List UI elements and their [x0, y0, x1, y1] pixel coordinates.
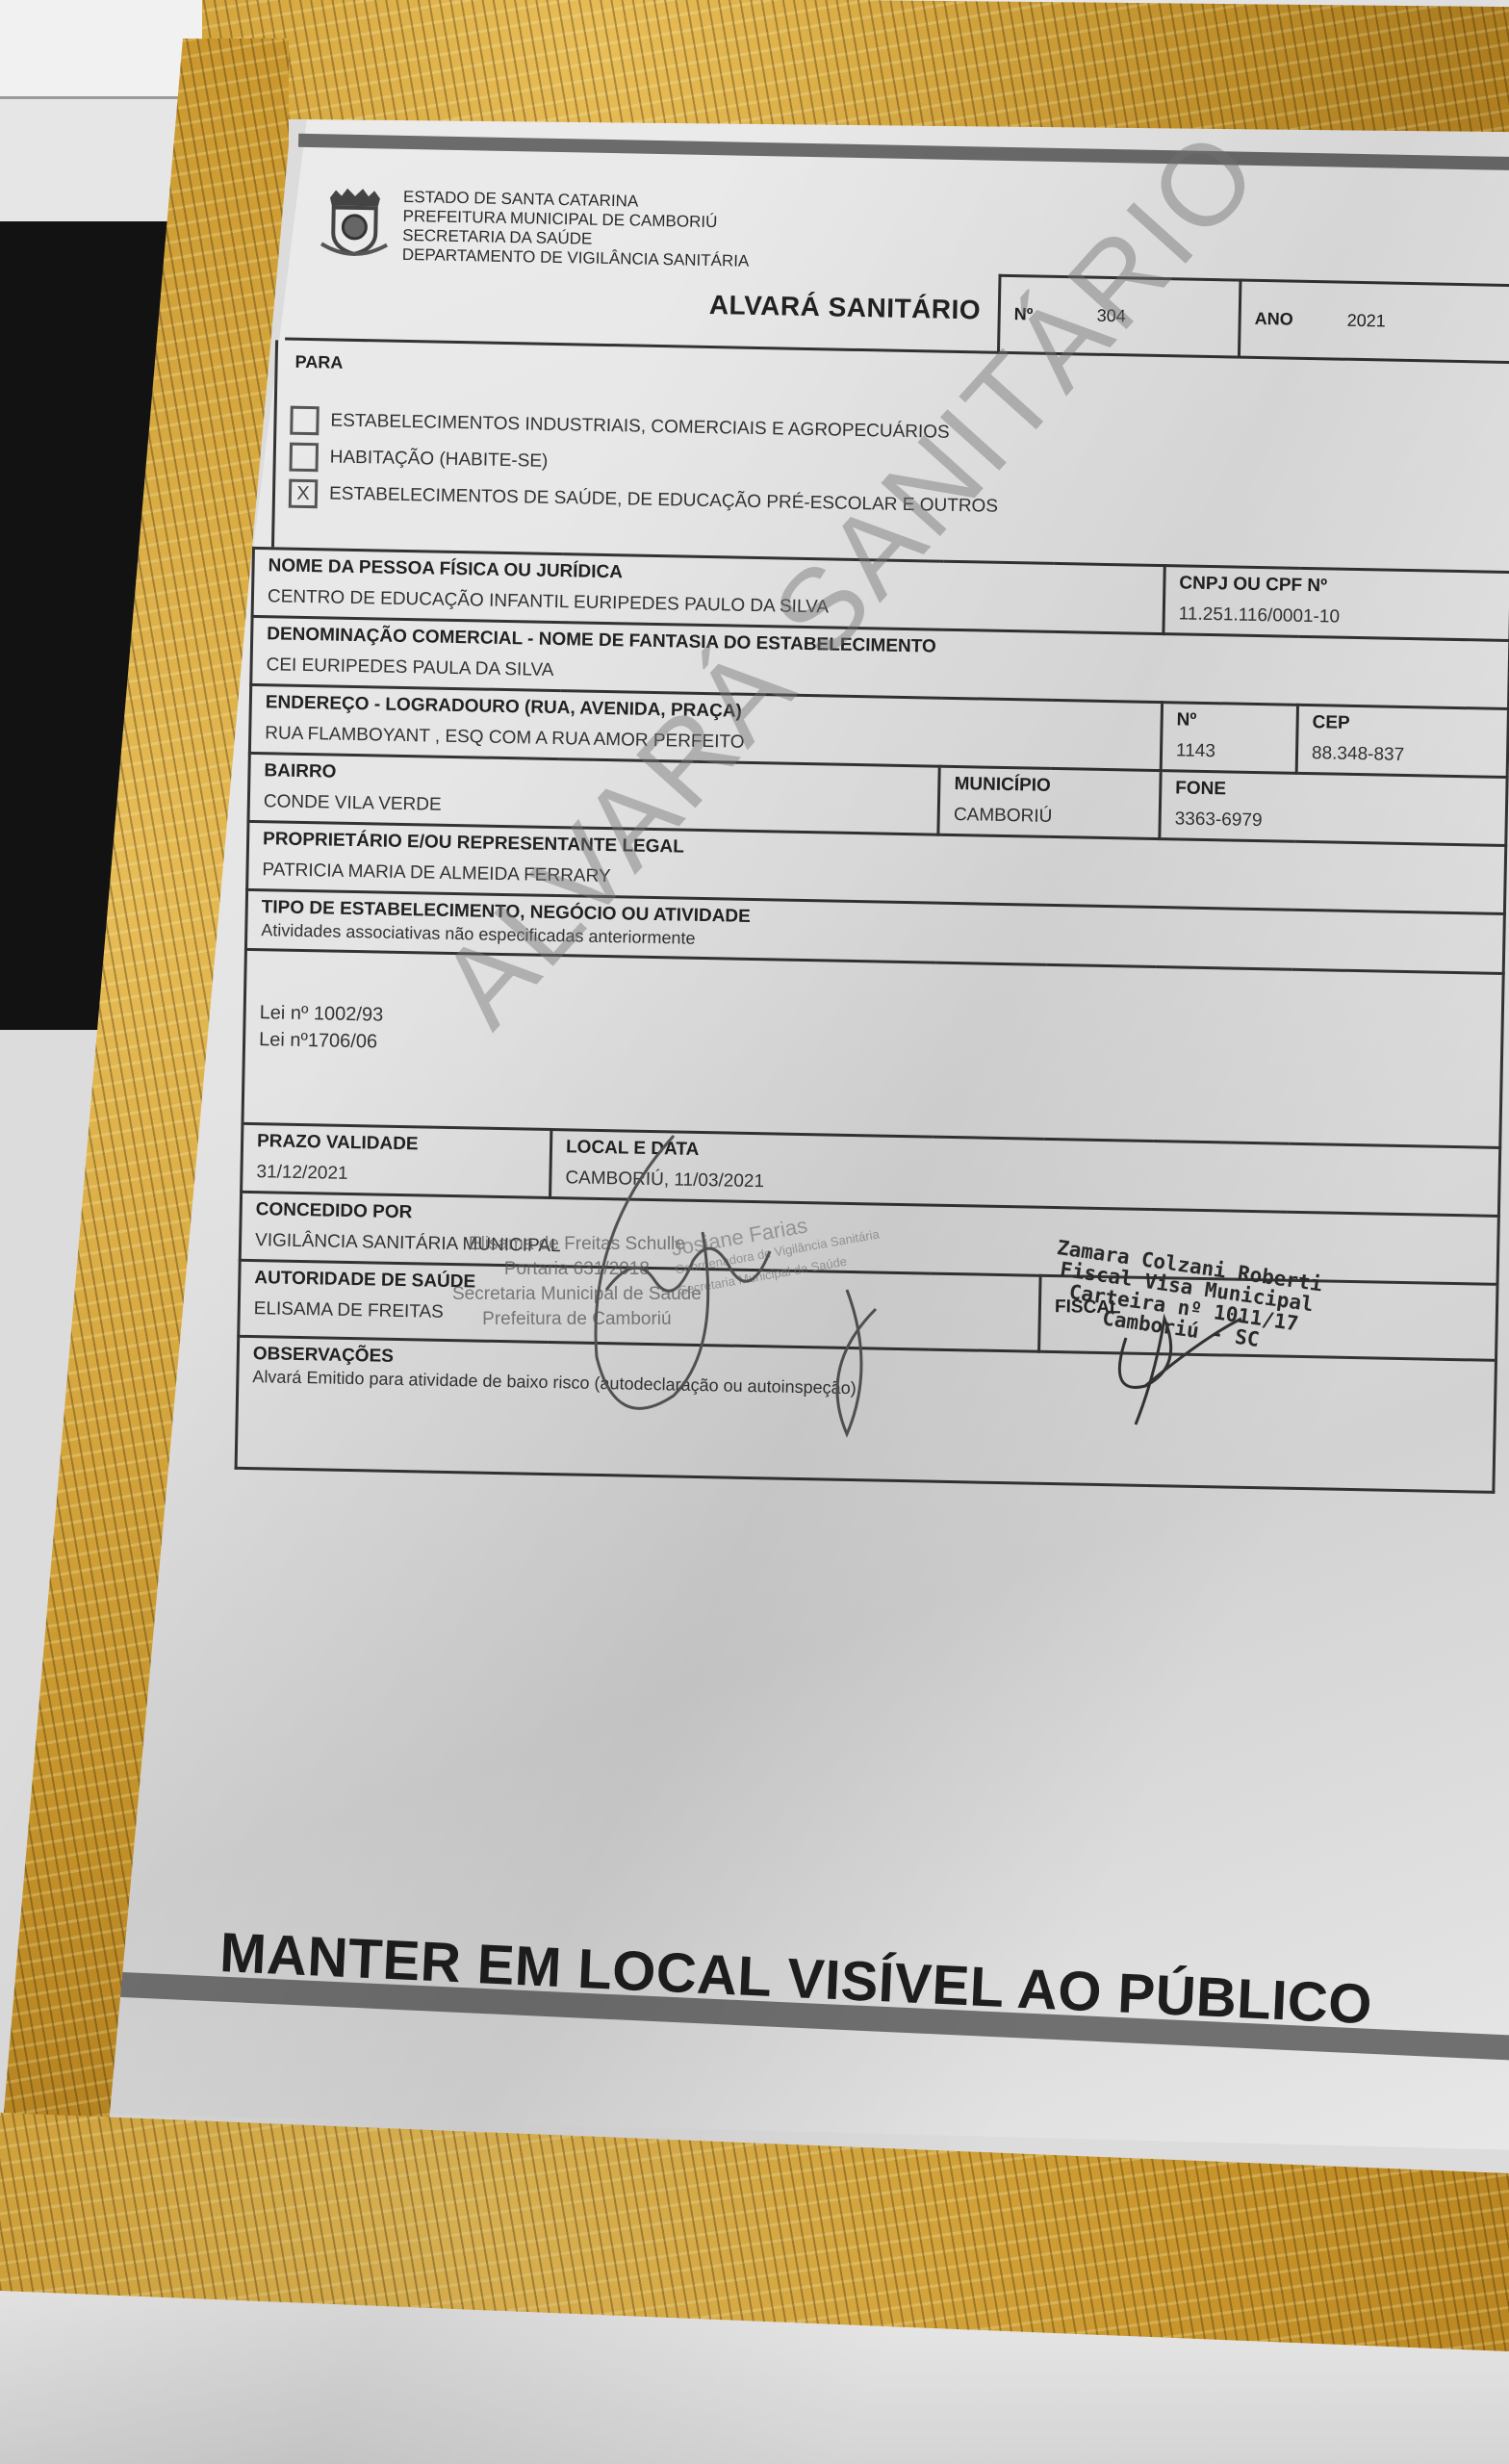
permit-year-box: ANO 2021: [1238, 279, 1509, 363]
checkbox-unchecked-icon: [289, 443, 319, 473]
frame-top-edge: [202, 0, 1509, 132]
health-authority-stamp: Elisama de Freitas Schulle Portaria 631/…: [452, 1232, 702, 1332]
cnpj-value: 11.251.116/0001-10: [1179, 603, 1496, 630]
cep-value: 88.348-837: [1312, 743, 1493, 768]
stamp-line: Secretaria Municipal de Saúde: [452, 1282, 702, 1307]
neighborhood-label: BAIRRO: [264, 760, 924, 794]
address-number-label: Nº: [1176, 709, 1282, 732]
field-cep: CEP 88.348-837: [1296, 705, 1508, 777]
field-validity: PRAZO VALIDADE 31/12/2021: [242, 1123, 551, 1197]
permit-number-value: 304: [1097, 306, 1126, 327]
purpose-label: PARA: [294, 352, 343, 373]
permit-purpose-section: PARA ESTABELECIMENTOS INDUSTRIAIS, COMER…: [271, 340, 1509, 571]
field-municipality: MUNICÍPIO CAMBORIÚ: [938, 766, 1161, 838]
permit-year-label: ANO: [1255, 309, 1293, 330]
permit-number-label: Nº: [1014, 304, 1034, 324]
purpose-option-health-education: X ESTABELECIMENTOS DE SAÚDE, DE EDUCAÇÃO…: [289, 479, 999, 522]
purpose-option-label: ESTABELECIMENTOS INDUSTRIAIS, COMERCIAIS…: [330, 410, 950, 443]
field-observations: OBSERVAÇÕES Alvará Emitido para atividad…: [236, 1336, 1496, 1492]
stamp-line: Portaria 631/2018: [452, 1257, 702, 1282]
field-phone: FONE 3363-6979: [1160, 771, 1507, 846]
stamp-line: Prefeitura de Camboriú: [452, 1307, 702, 1332]
municipality-value: CAMBORIÚ: [954, 805, 1145, 830]
phone-label: FONE: [1175, 778, 1492, 805]
checkbox-checked-icon: X: [289, 479, 319, 509]
cep-label: CEP: [1312, 712, 1493, 737]
address-number-value: 1143: [1176, 740, 1282, 763]
permit-year-value: 2021: [1346, 311, 1385, 332]
checkbox-unchecked-icon: [290, 406, 320, 436]
purpose-option-label: HABITAÇÃO (HABITE-SE): [330, 447, 549, 472]
municipality-label: MUNICÍPIO: [954, 774, 1145, 799]
field-address-number: Nº 1143: [1161, 703, 1297, 774]
purpose-option-label: ESTABELECIMENTOS DE SAÚDE, DE EDUCAÇÃO P…: [329, 483, 998, 517]
field-cnpj: CNPJ OU CPF Nº 11.251.116/0001-10: [1164, 566, 1509, 641]
purpose-option-industrial: ESTABELECIMENTOS INDUSTRIAIS, COMERCIAIS…: [290, 406, 950, 448]
document-title: ALVARÁ SANITÁRIO: [709, 290, 982, 325]
neighborhood-value: CONDE VILA VERDE: [264, 791, 924, 825]
permit-form-table: NOME DA PESSOA FÍSICA OU JURÍDICA CENTRO…: [235, 547, 1509, 1494]
phone-value: 3363-6979: [1174, 808, 1491, 835]
validity-label: PRAZO VALIDADE: [257, 1131, 536, 1158]
field-neighborhood: BAIRRO CONDE VILA VERDE: [248, 753, 939, 834]
purpose-option-habitation: HABITAÇÃO (HABITE-SE): [289, 443, 548, 476]
stamp-line: Elisama de Freitas Schulle: [452, 1232, 702, 1257]
legal-basis: Lei nº 1002/93 Lei nº1706/06: [243, 949, 1503, 1147]
permit-number-box: Nº 304: [997, 274, 1242, 357]
issuing-authority: ESTADO DE SANTA CATARINA PREFEITURA MUNI…: [402, 188, 751, 271]
validity-value: 31/12/2021: [256, 1162, 535, 1189]
cnpj-label: CNPJ OU CPF Nº: [1179, 573, 1496, 600]
coat-of-arms-icon: [316, 184, 395, 263]
